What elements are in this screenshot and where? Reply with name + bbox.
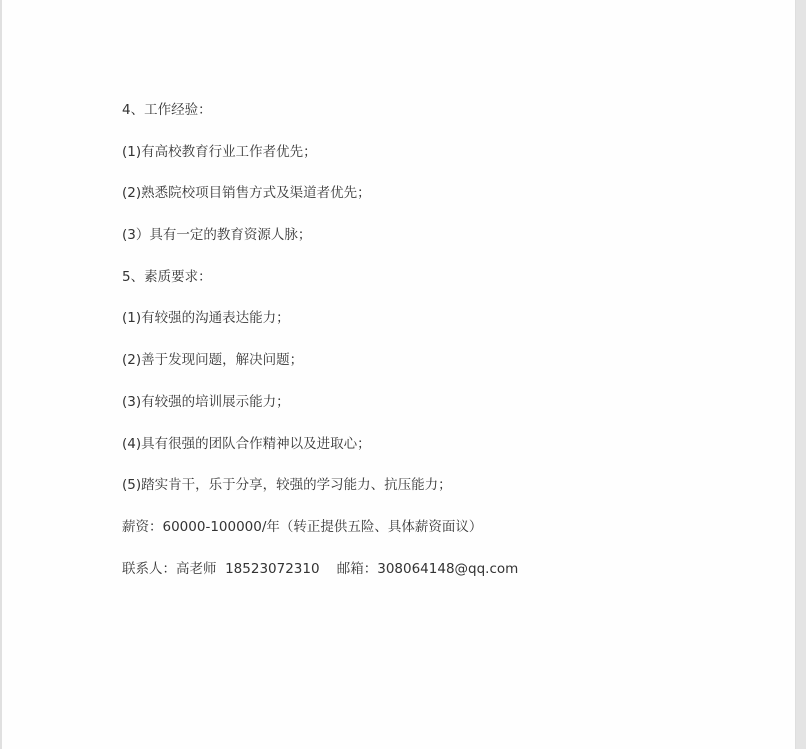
section-heading-quality-requirements: 5、素质要求： — [122, 267, 762, 287]
requirement-item-4: (4)具有很强的团队合作精神以及进取心； — [122, 434, 762, 454]
document-viewport: 4、工作经验： (1)有高校教育行业工作者优先； (2)熟悉院校项目销售方式及渠… — [0, 0, 806, 749]
experience-item-1: (1)有高校教育行业工作者优先； — [122, 142, 762, 162]
document-page: 4、工作经验： (1)有高校教育行业工作者优先； (2)熟悉院校项目销售方式及渠… — [2, 0, 796, 749]
salary-line: 薪资：60000-100000/年（转正提供五险、具体薪资面议） — [122, 517, 762, 537]
requirement-item-5: (5)踏实肯干，乐于分享，较强的学习能力、抗压能力； — [122, 475, 762, 495]
requirement-item-3: (3)有较强的培训展示能力； — [122, 392, 762, 412]
requirement-item-1: (1)有较强的沟通表达能力； — [122, 308, 762, 328]
section-heading-work-experience: 4、工作经验： — [122, 100, 762, 120]
experience-item-3: (3）具有一定的教育资源人脉； — [122, 225, 762, 245]
scrollbar-track[interactable] — [796, 0, 806, 749]
document-content: 4、工作经验： (1)有高校教育行业工作者优先； (2)熟悉院校项目销售方式及渠… — [122, 100, 762, 600]
experience-item-2: (2)熟悉院校项目销售方式及渠道者优先； — [122, 183, 762, 203]
contact-line: 联系人：高老师 18523072310 邮箱：308064148@qq.com — [122, 559, 762, 579]
requirement-item-2: (2)善于发现问题，解决问题； — [122, 350, 762, 370]
